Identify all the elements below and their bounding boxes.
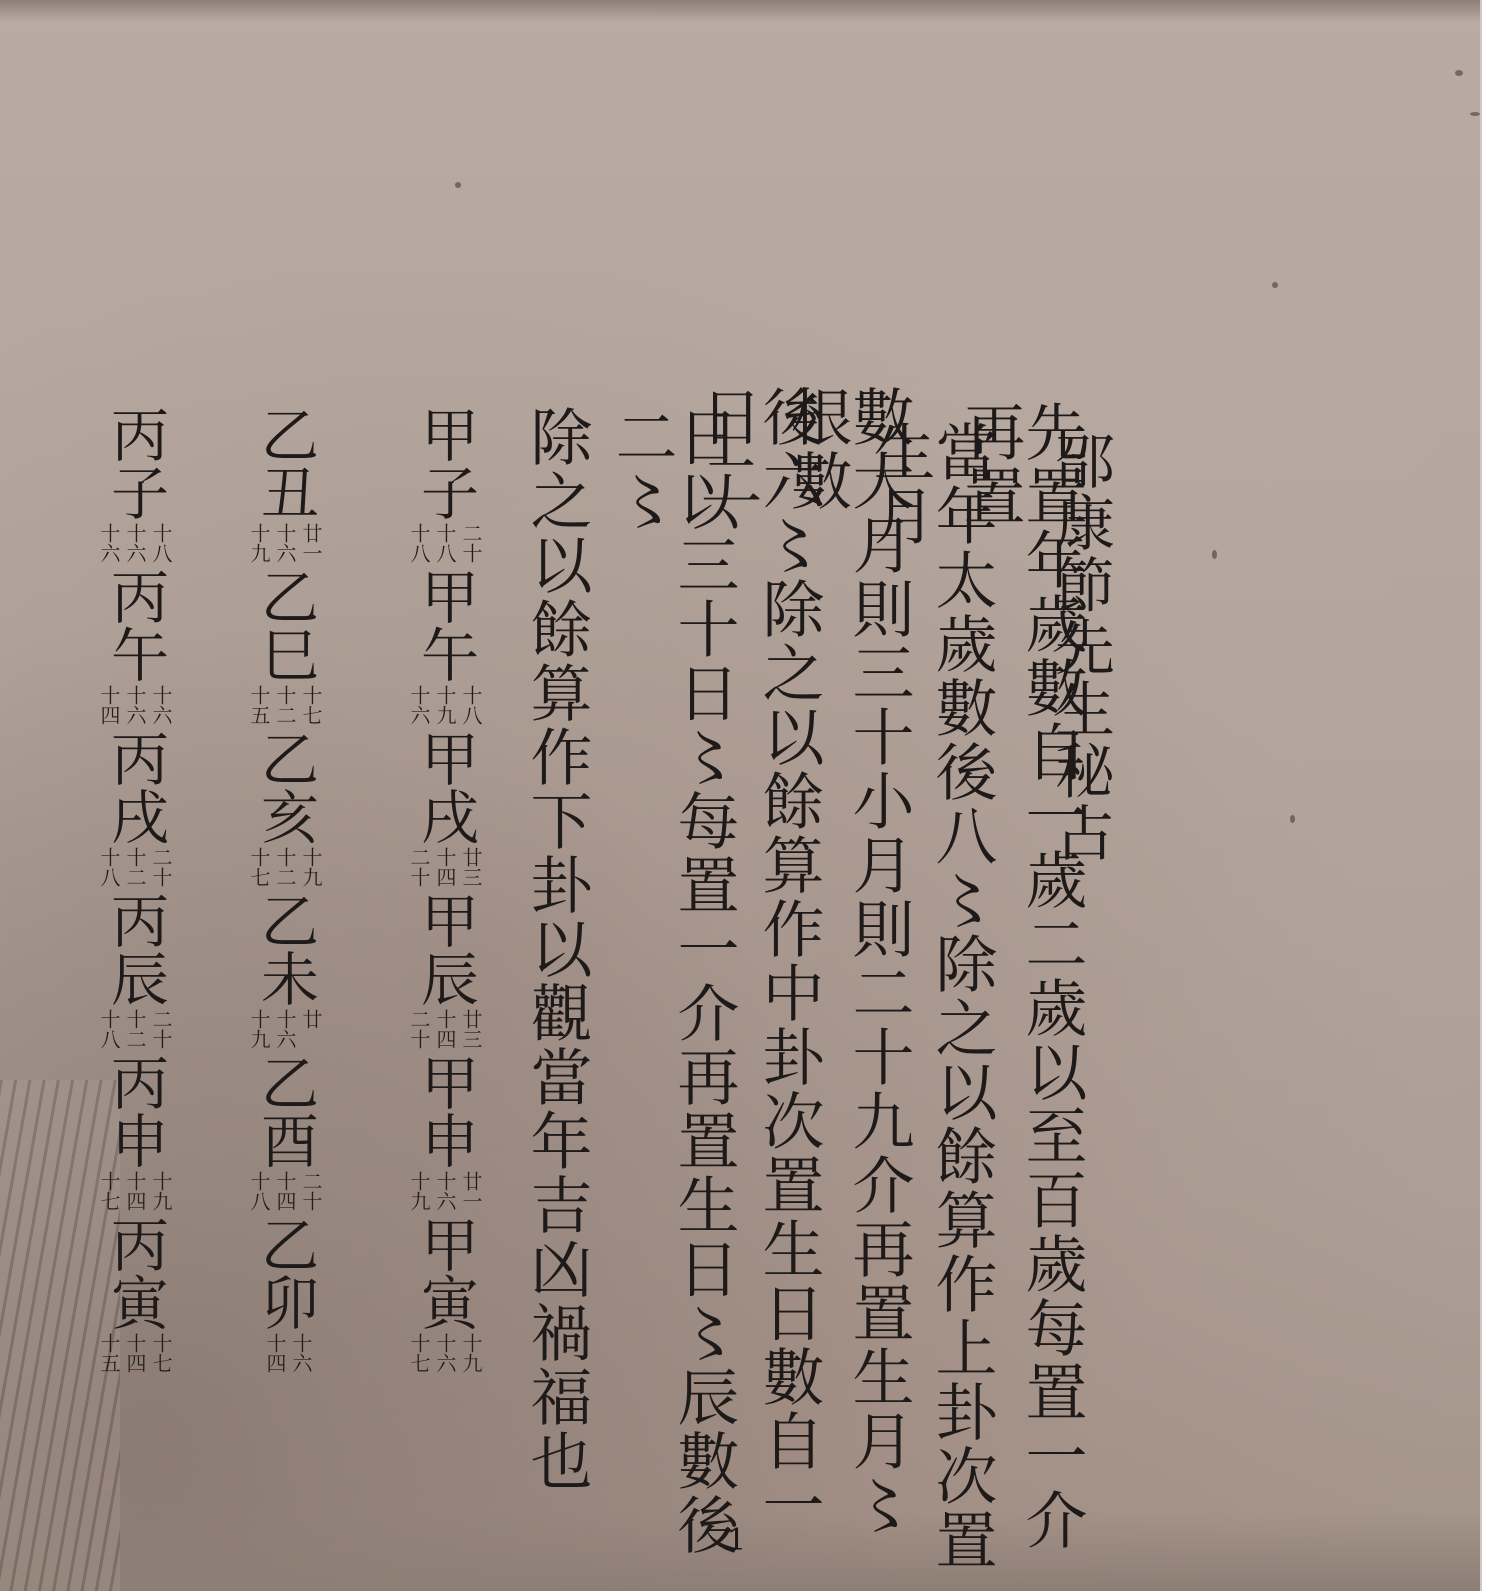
annotation-number: 十六	[435, 1171, 455, 1211]
annotation-number: 十四	[99, 685, 119, 725]
ganzhi-entry: 甲子 二十十八十八	[385, 405, 505, 563]
annotation-number: 十六	[125, 685, 145, 725]
ganzhi-entry: 丙戌 二十十二十八	[75, 729, 195, 887]
annotation-number: 十七	[301, 685, 321, 725]
ganzhi-label: 丙午	[106, 567, 164, 683]
annotation-number: 十二	[125, 1009, 145, 1049]
ganzhi-entry: 乙亥 十九十二十七	[225, 729, 345, 887]
ganzhi-label: 丙寅	[106, 1215, 164, 1331]
annotation-number: 廿	[301, 1009, 321, 1049]
ink-speck	[1455, 70, 1463, 76]
annotation-number: 十八	[249, 1171, 269, 1211]
annotation-number: 廿三	[461, 1009, 481, 1049]
annotation-number: 十六	[435, 1333, 455, 1373]
annotation-number: 十八	[99, 847, 119, 887]
ganzhi-entry: 乙酉 二十十四十八	[225, 1053, 345, 1211]
annotation-number: 二十	[409, 1009, 429, 1049]
annotation-number: 二十	[151, 847, 171, 887]
annotation-number: 十九	[409, 1171, 429, 1211]
ganzhi-label: 丙辰	[106, 891, 164, 1007]
ganzhi-entry: 乙巳 十七十二十五	[225, 567, 345, 725]
annotation-number: 十七	[249, 847, 269, 887]
manuscript-page: 邵康節先生秘占 先置年歲數自一歲二歲以至百歲每置一介再置 當年太歲數後八〻除之以…	[0, 0, 1482, 1591]
ganzhi-label: 乙酉	[256, 1053, 314, 1169]
ganzhi-label: 甲寅	[416, 1215, 474, 1331]
annotation-number: 十六	[409, 685, 429, 725]
annotation-number: 十五	[249, 685, 269, 725]
annotation-number: 十九	[249, 523, 269, 563]
ganzhi-entry: 甲午 十八十九十六	[385, 567, 505, 725]
annotation-number: 十八	[461, 685, 481, 725]
ganzhi-label: 甲戌	[416, 729, 474, 845]
annotation-number: 十八	[409, 523, 429, 563]
annotation-number: 十六	[125, 523, 145, 563]
ganzhi-label: 乙亥	[256, 729, 314, 845]
annotation-number: 十七	[151, 1333, 171, 1373]
annotation-number: 十二	[125, 847, 145, 887]
annotation-number: 十七	[99, 1171, 119, 1211]
annotation-number: 十四	[275, 1171, 295, 1211]
annotation-number: 十四	[435, 1009, 455, 1049]
annotation-number: 十四	[125, 1333, 145, 1373]
annotation-number: 十八	[151, 523, 171, 563]
ganzhi-entry: 甲辰 廿三十四二十	[385, 891, 505, 1049]
annotation-number: 十五	[99, 1333, 119, 1373]
annotation-number: 十六	[151, 685, 171, 725]
ganzhi-entry: 甲戌 廿三十四二十	[385, 729, 505, 887]
annotation-number: 十六	[291, 1333, 311, 1373]
annotation-number: 十七	[409, 1333, 429, 1373]
annotation-number: 廿一	[461, 1171, 481, 1211]
annotation-number: 廿三	[461, 847, 481, 887]
ganzhi-entry: 甲寅 十九十六十七	[385, 1215, 505, 1373]
page-top-edge	[0, 0, 1480, 22]
annotation-number: 十二	[275, 847, 295, 887]
ganzhi-column-jia: 甲子 二十十八十八 甲午 十八十九十六 甲戌 廿三十四二十 甲辰 廿三十四二十 …	[385, 405, 505, 1377]
ganzhi-label: 甲午	[416, 567, 474, 683]
annotation-number: 二十	[301, 1171, 321, 1211]
page-number: 1	[727, 1523, 746, 1558]
ink-speck	[455, 182, 461, 188]
ganzhi-label: 丙子	[106, 405, 164, 521]
annotation-number: 十九	[435, 685, 455, 725]
ink-speck	[1272, 282, 1278, 288]
ganzhi-label: 甲申	[416, 1053, 474, 1169]
annotation-number: 十六	[99, 523, 119, 563]
annotation-number: 十四	[125, 1171, 145, 1211]
annotation-number: 廿一	[301, 523, 321, 563]
ganzhi-label: 甲辰	[416, 891, 474, 1007]
text-column-6: 除之以餘算作下卦以觀當年吉凶禍福也	[525, 405, 587, 1493]
ganzhi-entry: 丙寅 十七十四十五	[75, 1215, 195, 1373]
ganzhi-entry: 乙未 廿十六十九	[225, 891, 345, 1049]
ganzhi-label: 乙丑	[256, 405, 314, 521]
ganzhi-label: 丙申	[106, 1053, 164, 1169]
annotation-number: 十二	[275, 685, 295, 725]
ganzhi-label: 丙戌	[106, 729, 164, 845]
ganzhi-column-bing: 丙子 十八十六十六 丙午 十六十六十四 丙戌 二十十二十八 丙辰 二十十二十八 …	[75, 405, 195, 1377]
annotation-number: 十九	[301, 847, 321, 887]
annotation-number: 十八	[435, 523, 455, 563]
ganzhi-entry: 丙子 十八十六十六	[75, 405, 195, 563]
annotation-number: 十九	[151, 1171, 171, 1211]
annotation-number: 十六	[275, 1009, 295, 1049]
annotation-number: 二十	[461, 523, 481, 563]
annotation-number: 十四	[265, 1333, 285, 1373]
annotation-number: 十四	[435, 847, 455, 887]
annotation-number: 十九	[249, 1009, 269, 1049]
ink-speck	[1212, 550, 1217, 559]
ganzhi-label: 乙未	[256, 891, 314, 1007]
annotation-number: 二十	[151, 1009, 171, 1049]
ganzhi-entry: 丙午 十六十六十四	[75, 567, 195, 725]
ganzhi-entry: 丙辰 二十十二十八	[75, 891, 195, 1049]
ganzhi-entry: 甲申 廿一十六十九	[385, 1053, 505, 1211]
annotation-number: 二十	[409, 847, 429, 887]
ganzhi-entry: 乙丑 廿一十六十九	[225, 405, 345, 563]
text-column-5: 日以三十日〻每置一介再置生日〻辰數後二〻	[610, 405, 734, 1591]
ganzhi-label: 甲子	[416, 405, 474, 521]
ganzhi-column-yi: 乙丑 廿一十六十九 乙巳 十七十二十五 乙亥 十九十二十七 乙未 廿十六十九 乙…	[225, 405, 345, 1377]
annotation-number: 十八	[99, 1009, 119, 1049]
ganzhi-label: 乙卯	[256, 1215, 314, 1331]
annotation-number: 十九	[461, 1333, 481, 1373]
ganzhi-label: 乙巳	[256, 567, 314, 683]
ganzhi-entry: 乙卯 十六十四	[225, 1215, 345, 1373]
annotation-number: 十六	[275, 523, 295, 563]
ganzhi-entry: 丙申 十九十四十七	[75, 1053, 195, 1211]
ink-speck	[1290, 815, 1295, 823]
ink-speck	[1470, 112, 1480, 116]
